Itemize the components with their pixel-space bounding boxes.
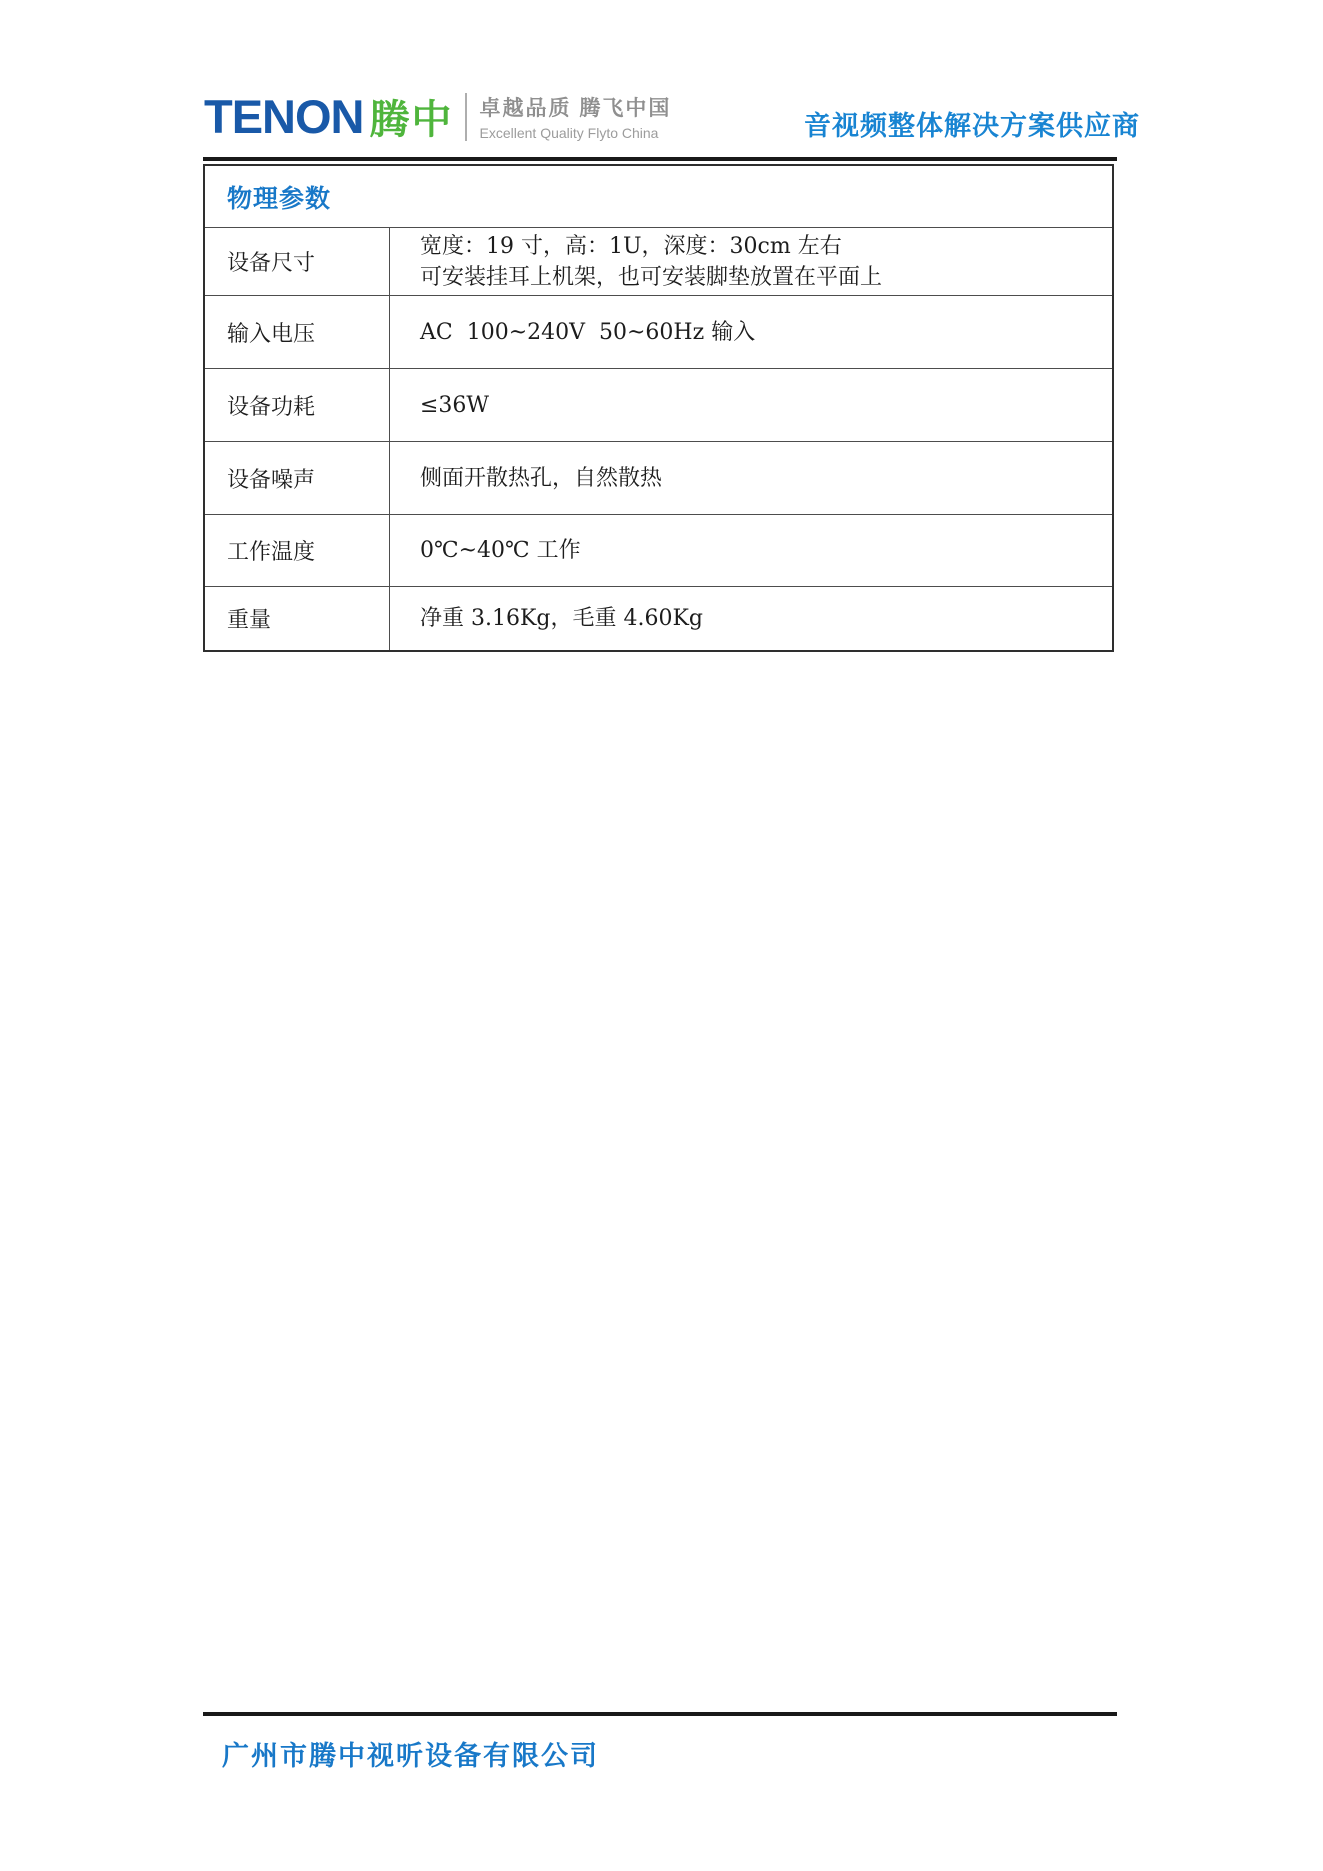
table-row: 设备尺寸 宽度：19 寸，高：1U，深度：30cm 左右 可安装挂耳上机架，也可… — [205, 227, 1112, 295]
row-value: 侧面开散热孔，自然散热 — [390, 442, 1112, 514]
table-title: 物理参数 — [227, 179, 331, 215]
row-value: ≤36W — [390, 369, 1112, 441]
header-slogan: 音视频整体解决方案供应商 — [804, 104, 1140, 143]
row-label: 工作温度 — [205, 515, 390, 586]
table-row: 重量 净重 3.16Kg，毛重 4.60Kg — [205, 586, 1112, 650]
row-label: 设备尺寸 — [205, 228, 390, 295]
logo-brand-en: TENON — [204, 89, 364, 144]
physical-params-table: 物理参数 设备尺寸 宽度：19 寸，高：1U，深度：30cm 左右 可安装挂耳上… — [203, 164, 1114, 652]
row-value-line: 宽度：19 寸，高：1U，深度：30cm 左右 — [420, 231, 1102, 262]
row-value-line: 0℃~40℃ 工作 — [420, 535, 1102, 566]
row-label: 输入电压 — [205, 296, 390, 368]
logo-tagline-cn: 卓越品质 腾飞中国 — [480, 92, 672, 122]
row-value: 宽度：19 寸，高：1U，深度：30cm 左右 可安装挂耳上机架，也可安装脚垫放… — [390, 228, 1112, 295]
footer-rule — [203, 1712, 1117, 1716]
row-label: 重量 — [205, 587, 390, 650]
logo-brand-cn: 腾中 — [370, 88, 454, 145]
footer-company-name: 广州市腾中视听设备有限公司 — [222, 1734, 599, 1773]
table-row: 工作温度 0℃~40℃ 工作 — [205, 514, 1112, 586]
table-row: 设备功耗 ≤36W — [205, 368, 1112, 441]
row-value: AC 100~240V 50~60Hz 输入 — [390, 296, 1112, 368]
row-label: 设备功耗 — [205, 369, 390, 441]
row-value-line: 侧面开散热孔，自然散热 — [420, 463, 1102, 494]
logo-divider — [465, 93, 467, 141]
row-value-line: 净重 3.16Kg，毛重 4.60Kg — [420, 603, 1102, 634]
tenon-logo: TENON 腾中 卓越品质 腾飞中国 Excellent Quality Fly… — [204, 88, 671, 145]
row-value-line: ≤36W — [420, 390, 1102, 421]
row-value: 0℃~40℃ 工作 — [390, 515, 1112, 586]
table-row: 设备噪声 侧面开散热孔，自然散热 — [205, 441, 1112, 514]
row-value: 净重 3.16Kg，毛重 4.60Kg — [390, 587, 1112, 650]
header-rule — [203, 157, 1117, 161]
logo-taglines: 卓越品质 腾飞中国 Excellent Quality Flyto China — [480, 92, 672, 141]
table-title-row: 物理参数 — [205, 166, 1112, 227]
logo-tagline-en: Excellent Quality Flyto China — [480, 125, 672, 141]
row-value-line: 可安装挂耳上机架，也可安装脚垫放置在平面上 — [420, 262, 1102, 293]
row-value-line: AC 100~240V 50~60Hz 输入 — [420, 317, 1102, 348]
row-label: 设备噪声 — [205, 442, 390, 514]
table-row: 输入电压 AC 100~240V 50~60Hz 输入 — [205, 295, 1112, 368]
